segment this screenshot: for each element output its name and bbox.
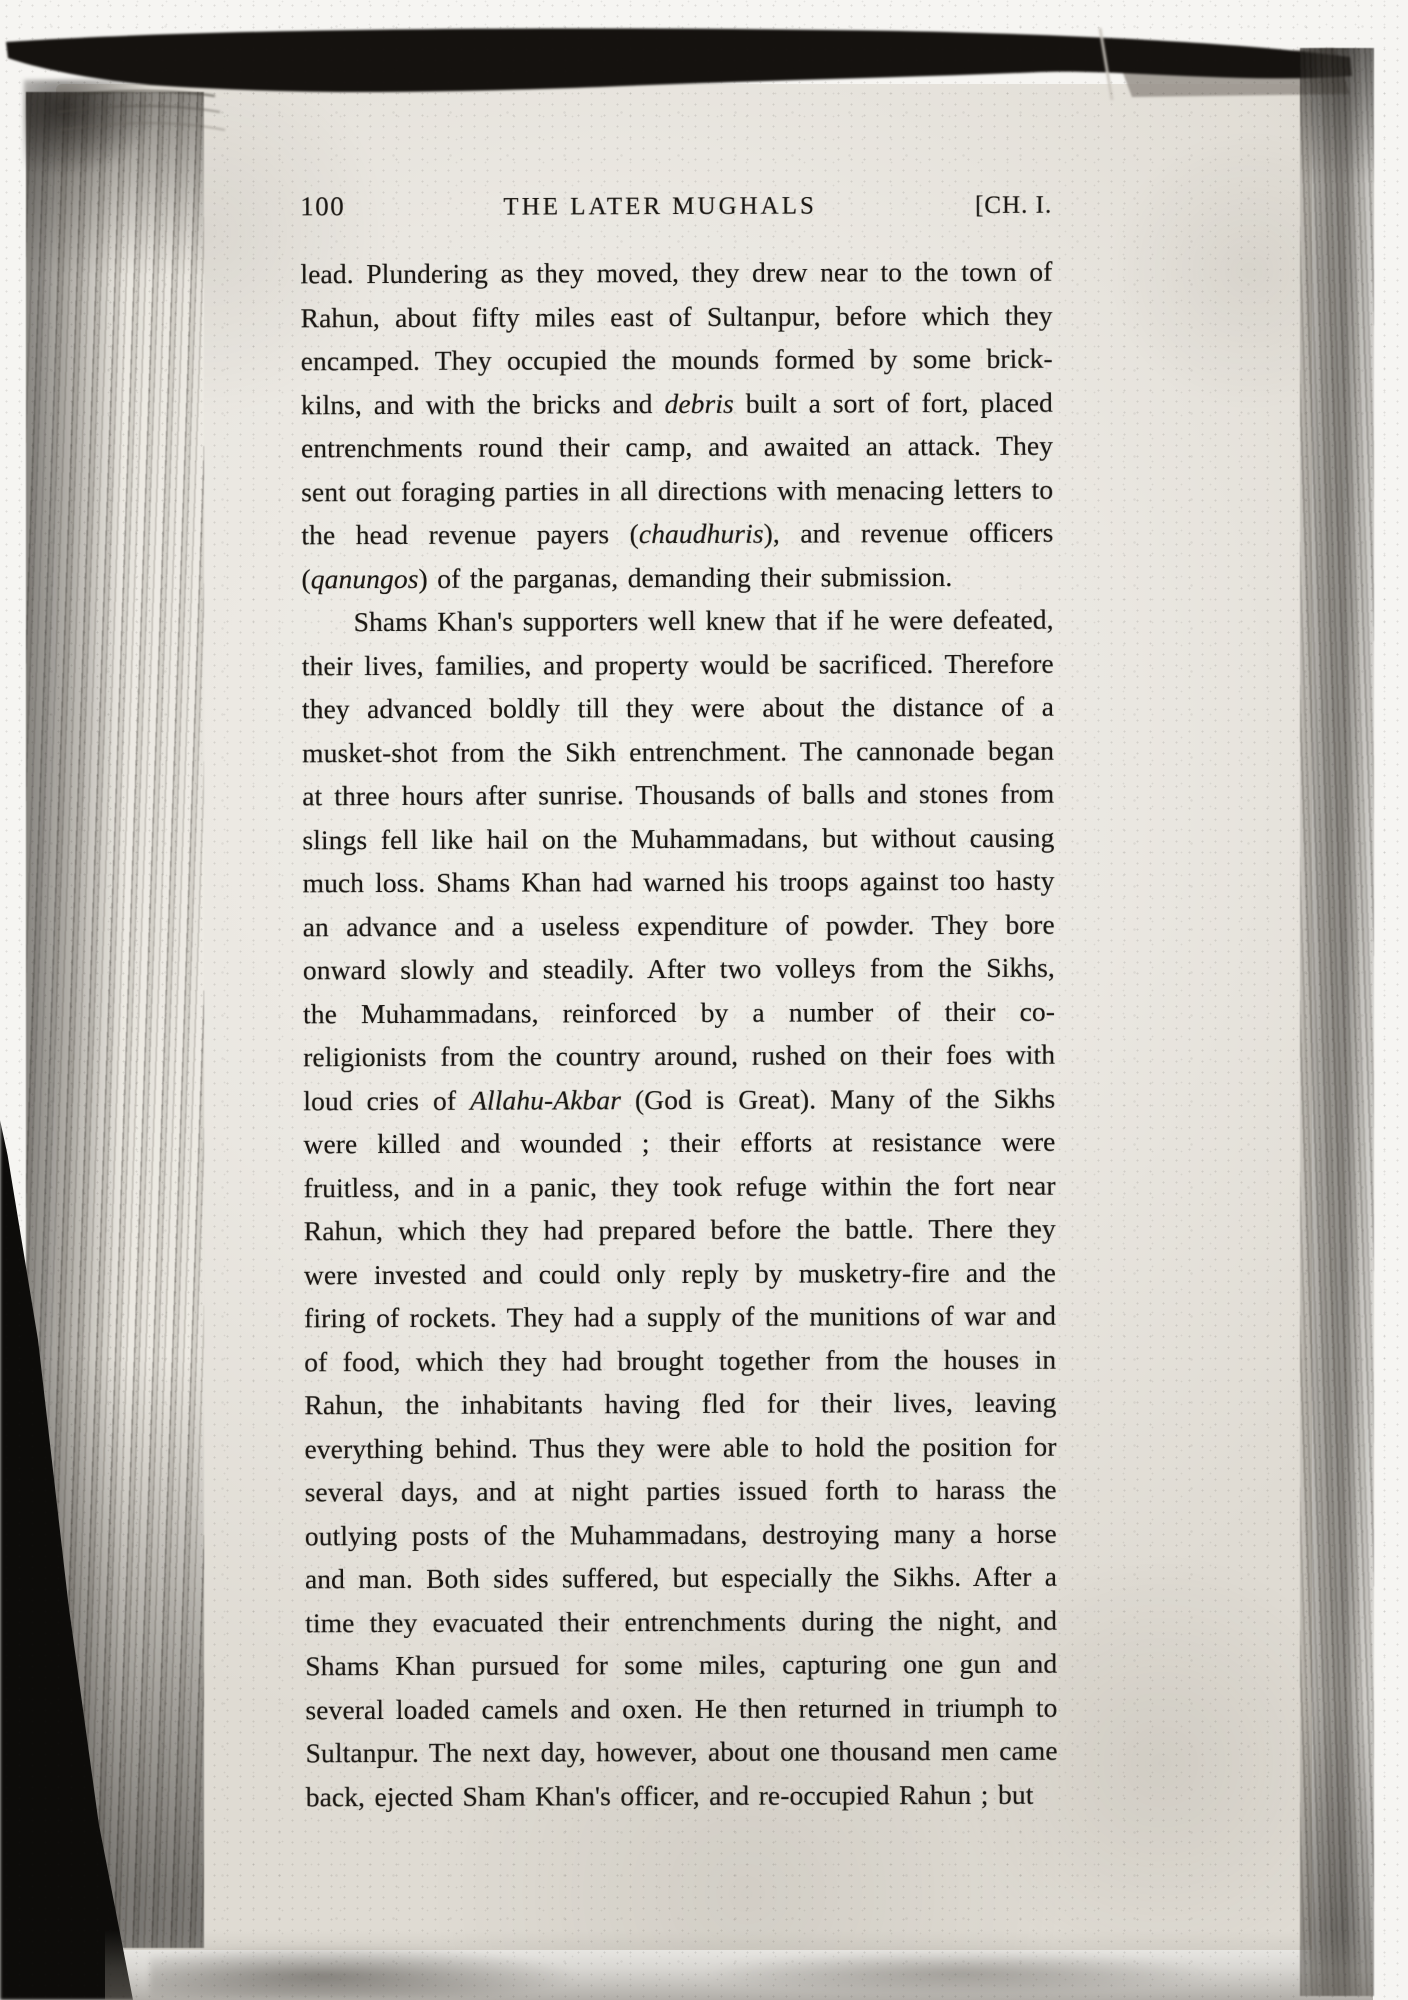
printed-page-content: 100 THE LATER MUGHALS [CH. I. lead. Plun…: [300, 189, 1058, 1819]
page-header: 100 THE LATER MUGHALS [CH. I.: [300, 189, 1052, 223]
page-body: lead. Plundering as they moved, they dre…: [300, 250, 1057, 1819]
page-corner-curve: [62, 91, 215, 96]
page-corner-curve: [58, 106, 220, 112]
running-title: THE LATER MUGHALS: [503, 193, 817, 222]
page-number: 100: [300, 191, 345, 222]
chapter-marker: [CH. I.: [975, 192, 1052, 220]
paragraph: lead. Plundering as they moved, they dre…: [300, 250, 1053, 601]
scanned-book-photo: 100 THE LATER MUGHALS [CH. I. lead. Plun…: [0, 0, 1408, 2000]
page-corner-curve: [60, 123, 225, 130]
scan-smudge: [150, 1945, 580, 1997]
page-right-edge-shadow: [1300, 48, 1374, 1996]
italic-term: chaudhuris: [639, 518, 764, 549]
italic-term: Allahu-Akbar: [470, 1084, 621, 1116]
italic-term: debris: [664, 387, 733, 418]
paragraph: Shams Khan's supporters well knew that i…: [302, 598, 1058, 1819]
scan-smudge: [700, 1950, 1220, 1996]
book-top-edge: [0, 0, 1408, 160]
italic-term: qanungos: [311, 562, 419, 593]
